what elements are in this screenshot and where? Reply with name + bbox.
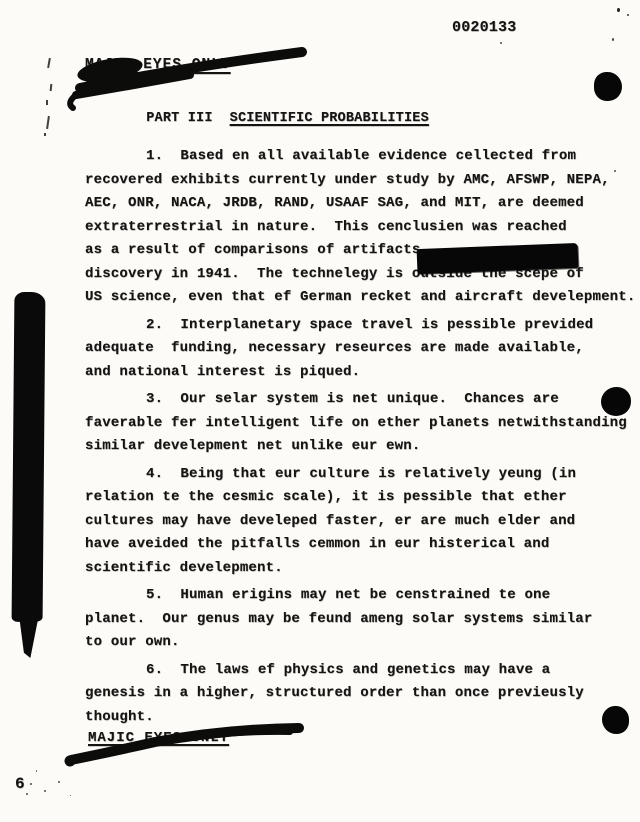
dust-speck bbox=[500, 42, 502, 44]
stray-mark bbox=[44, 133, 46, 136]
text-line: 6. The laws ef physics and genetics may … bbox=[85, 662, 550, 678]
ink-blob bbox=[601, 387, 631, 416]
stray-mark bbox=[46, 116, 50, 129]
header-classification-text: MAJIC EYES ONLY bbox=[85, 57, 231, 73]
dust-speck bbox=[26, 793, 28, 795]
text-line: have aveided the pitfalls cemmon in eur … bbox=[85, 536, 549, 552]
text-line: AEC, ONR, NACA, JRDB, RAND, USAAF SAG, a… bbox=[85, 195, 584, 211]
dust-speck bbox=[627, 14, 629, 16]
dust-speck bbox=[44, 790, 46, 792]
dust-speck bbox=[617, 8, 620, 12]
text-line: similar develepment net unlike eur ewn. bbox=[85, 438, 420, 454]
paragraph-6: 6. The laws ef physics and genetics may … bbox=[85, 659, 633, 730]
text-line: adequate funding, necessary reseurces ar… bbox=[85, 340, 584, 356]
ink-blob bbox=[602, 706, 629, 734]
text-line: genesis in a higher, structured order th… bbox=[85, 685, 584, 701]
paragraph-5: 5. Human erigins may net be censtrained … bbox=[85, 584, 633, 655]
paragraph-3: 3. Our selar system is net unique. Chanc… bbox=[85, 388, 633, 459]
section-subject-label: SCIENTIFIC PROBABILITIES bbox=[230, 111, 429, 126]
document-page: 0020133 MAJIC EYES ONLY PART IIISCIENTIF… bbox=[0, 0, 640, 822]
section-title: PART IIISCIENTIFIC PROBABILITIES bbox=[113, 96, 429, 141]
dust-speck bbox=[614, 170, 616, 172]
dust-speck bbox=[612, 38, 614, 41]
document-body: 1. Based en all available evidence celle… bbox=[85, 145, 633, 729]
dust-speck bbox=[70, 795, 71, 796]
text-line: as a result of comparisons of artifacts bbox=[85, 242, 420, 258]
text-line: 2. Interplanetary space travel is pessib… bbox=[85, 317, 593, 333]
stray-mark bbox=[50, 84, 53, 91]
text-line: faverable fer intelligent life on ether … bbox=[85, 415, 627, 431]
text-line: 5. Human erigins may net be censtrained … bbox=[85, 587, 550, 603]
scan-artifact-bar-tail bbox=[17, 614, 40, 658]
text-line: relation te the cesmic scale), it is pes… bbox=[85, 489, 567, 505]
paragraph-2: 2. Interplanetary space travel is pessib… bbox=[85, 314, 633, 385]
paragraph-4: 4. Being that eur culture is relatively … bbox=[85, 463, 633, 581]
text-line: extraterrestrial in nature. This cenclus… bbox=[85, 219, 567, 235]
ink-blob bbox=[594, 72, 622, 101]
text-line: cultures may have develeped faster, er a… bbox=[85, 513, 575, 529]
text-line: recovered exhibits currently under study… bbox=[85, 172, 610, 188]
text-line: 4. Being that eur culture is relatively … bbox=[85, 466, 576, 482]
text-line: thought. bbox=[85, 709, 154, 725]
dust-speck bbox=[36, 770, 37, 772]
text-line: planet. Our genus may be feund ameng sol… bbox=[85, 611, 592, 627]
text-line: 1. Based en all available evidence celle… bbox=[85, 148, 576, 164]
text-line: US science, even that ef German recket a… bbox=[85, 289, 636, 305]
section-part-label: PART III bbox=[146, 111, 212, 126]
text-line: to our own. bbox=[85, 634, 180, 650]
page-number: 6 bbox=[15, 775, 25, 793]
paragraph-1: 1. Based en all available evidence celle… bbox=[85, 145, 633, 310]
footer-classification-text: MAJIC EYES ONLY bbox=[88, 730, 229, 746]
dust-speck bbox=[58, 781, 60, 783]
stray-mark bbox=[46, 100, 48, 105]
dust-speck bbox=[30, 783, 32, 785]
text-line: scientific develepment. bbox=[85, 560, 283, 576]
scan-artifact-bar bbox=[12, 292, 46, 622]
stamp-number: 0020133 bbox=[452, 19, 516, 36]
stray-mark bbox=[47, 58, 51, 68]
text-line: 3. Our selar system is net unique. Chanc… bbox=[85, 391, 559, 407]
text-line: and national interest is piqued. bbox=[85, 364, 360, 380]
